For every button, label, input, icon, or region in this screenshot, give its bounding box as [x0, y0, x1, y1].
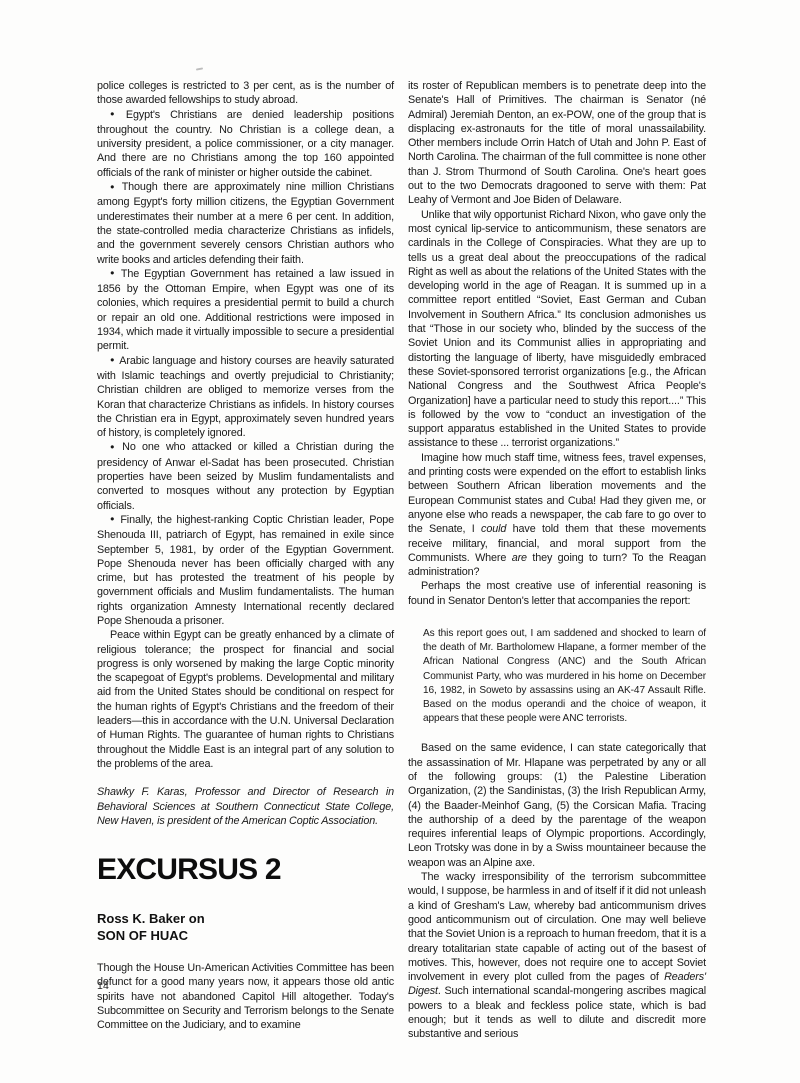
paragraph: The wacky irresponsibility of the terror…: [408, 870, 706, 1042]
text-run: The Egyptian Government has retained a l…: [97, 268, 394, 352]
paragraph: police colleges is restricted to 3 per c…: [97, 79, 394, 108]
text-run: Egypt's Christians are denied leadership…: [97, 109, 394, 179]
emphasis-text: could: [481, 523, 506, 535]
paragraph: ●Though there are approximately nine mil…: [97, 180, 394, 267]
excursus-intro: Though the House Un-American Activities …: [97, 961, 394, 1032]
paragraph: ●No one who attacked or killed a Christi…: [97, 440, 394, 512]
text-run: The wacky irresponsibility of the terror…: [408, 871, 706, 983]
paragraph: Imagine how much staff time, witness fee…: [408, 451, 706, 580]
byline-author: Ross K. Baker on: [97, 911, 394, 928]
page-background: police colleges is restricted to 3 per c…: [0, 0, 800, 1083]
text-run: Shawky F. Karas, Professor and Director …: [97, 786, 394, 827]
paragraph: Based on the same evidence, I can state …: [408, 741, 706, 870]
bullet-icon: ●: [110, 355, 115, 364]
bullet-icon: ●: [110, 442, 118, 451]
text-run: Perhaps the most creative use of inferen…: [408, 580, 706, 606]
text-run: police colleges is restricted to 3 per c…: [97, 80, 394, 106]
bullet-icon: ●: [110, 514, 116, 523]
paragraph: Peace within Egypt can be greatly enhanc…: [97, 628, 394, 771]
byline-title: SON OF HUAC: [97, 928, 394, 945]
right-column-text: its roster of Republican members is to p…: [408, 79, 706, 1042]
text-run: As this report goes out, I am saddened a…: [423, 628, 706, 724]
paragraph: Though the House Un-American Activities …: [97, 961, 394, 1032]
print-artifact: [196, 67, 203, 70]
magazine-page: { "page": { "number": "14" }, "left_colu…: [0, 0, 800, 1083]
blockquote-paragraph: As this report goes out, I am saddened a…: [423, 627, 706, 726]
paragraph: Unlike that wily opportunist Richard Nix…: [408, 208, 706, 451]
paragraph: ●Finally, the highest-ranking Coptic Chr…: [97, 513, 394, 628]
paragraph: ●Egypt's Christians are denied leadershi…: [97, 108, 394, 180]
text-run: Peace within Egypt can be greatly enhanc…: [97, 629, 394, 770]
excursus-byline: Ross K. Baker on SON OF HUAC: [97, 911, 394, 944]
emphasis-text: are: [512, 552, 527, 564]
bullet-icon: ●: [110, 182, 118, 191]
right-column: its roster of Republican members is to p…: [408, 79, 706, 1042]
author-bio: Shawky F. Karas, Professor and Director …: [97, 785, 394, 828]
text-run: Though the House Un-American Activities …: [97, 962, 394, 1031]
paragraph: its roster of Republican members is to p…: [408, 79, 706, 208]
paragraph: Perhaps the most creative use of inferen…: [408, 579, 706, 608]
bullet-icon: ●: [110, 268, 117, 277]
paragraph: ●Arabic language and history courses are…: [97, 354, 394, 441]
text-run: its roster of Republican members is to p…: [408, 80, 706, 206]
text-run: No one who attacked or killed a Christia…: [97, 441, 394, 511]
text-run: Finally, the highest-ranking Coptic Chri…: [97, 514, 394, 627]
excursus-heading: EXCURSUS 2: [97, 855, 394, 885]
bullet-icon: ●: [110, 109, 122, 118]
paragraph: ●The Egyptian Government has retained a …: [97, 267, 394, 354]
left-column: police colleges is restricted to 3 per c…: [97, 79, 394, 1033]
text-run: Unlike that wily opportunist Richard Nix…: [408, 209, 706, 450]
page-number: 14: [97, 980, 109, 992]
text-run: Based on the same evidence, I can state …: [408, 742, 706, 868]
left-column-text: police colleges is restricted to 3 per c…: [97, 79, 394, 828]
text-run: Though there are approximately nine mill…: [97, 181, 394, 265]
text-run: . Such international scandal-mongering a…: [408, 985, 706, 1040]
text-run: Arabic language and history courses are …: [97, 355, 394, 439]
